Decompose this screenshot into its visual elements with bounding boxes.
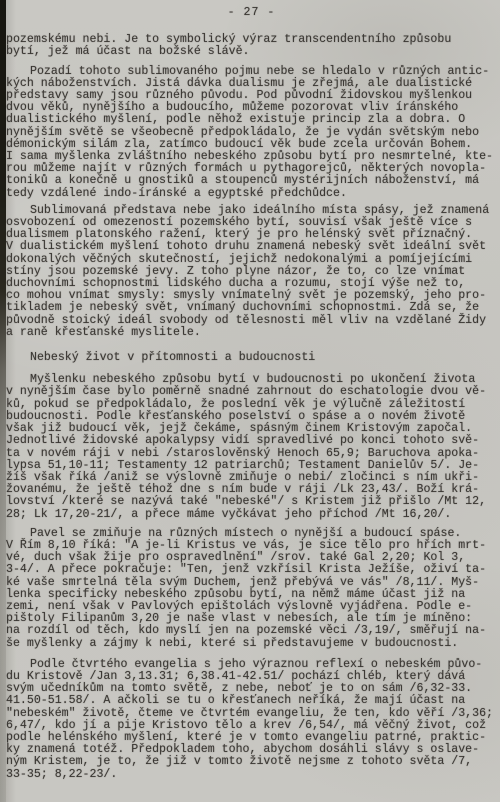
paragraph-sublimated-idea-of-heaven: Sublimovaná představa nebe jako ideálníh… bbox=[6, 205, 497, 339]
paragraph-continuation: pozemskému nebi. Je to symbolický výraz … bbox=[6, 34, 497, 58]
section-heading: Nebeský život v přítomnosti a budoucnost… bbox=[6, 352, 497, 364]
paragraph-heavenly-life-future: Myšlenku nebeského způsobu bytí v budouc… bbox=[6, 374, 497, 520]
scanned-document-page: - 27 - pozemskému nebi. Je to symbolický… bbox=[0, 0, 500, 802]
page-content: - 27 - pozemskému nebi. Je to symbolický… bbox=[0, 0, 500, 781]
page-number: - 27 - bbox=[6, 7, 497, 19]
paragraph-fourth-gospel: Podle čtvrtého evangelia s jeho výraznou… bbox=[6, 659, 497, 781]
paragraph-paul-on-salvation: Pavel se zmiňuje na různých místech o ny… bbox=[6, 528, 497, 650]
paragraph-origins-of-heaven-concept: Pozadí tohoto sublimovaného pojmu nebe s… bbox=[6, 66, 497, 200]
